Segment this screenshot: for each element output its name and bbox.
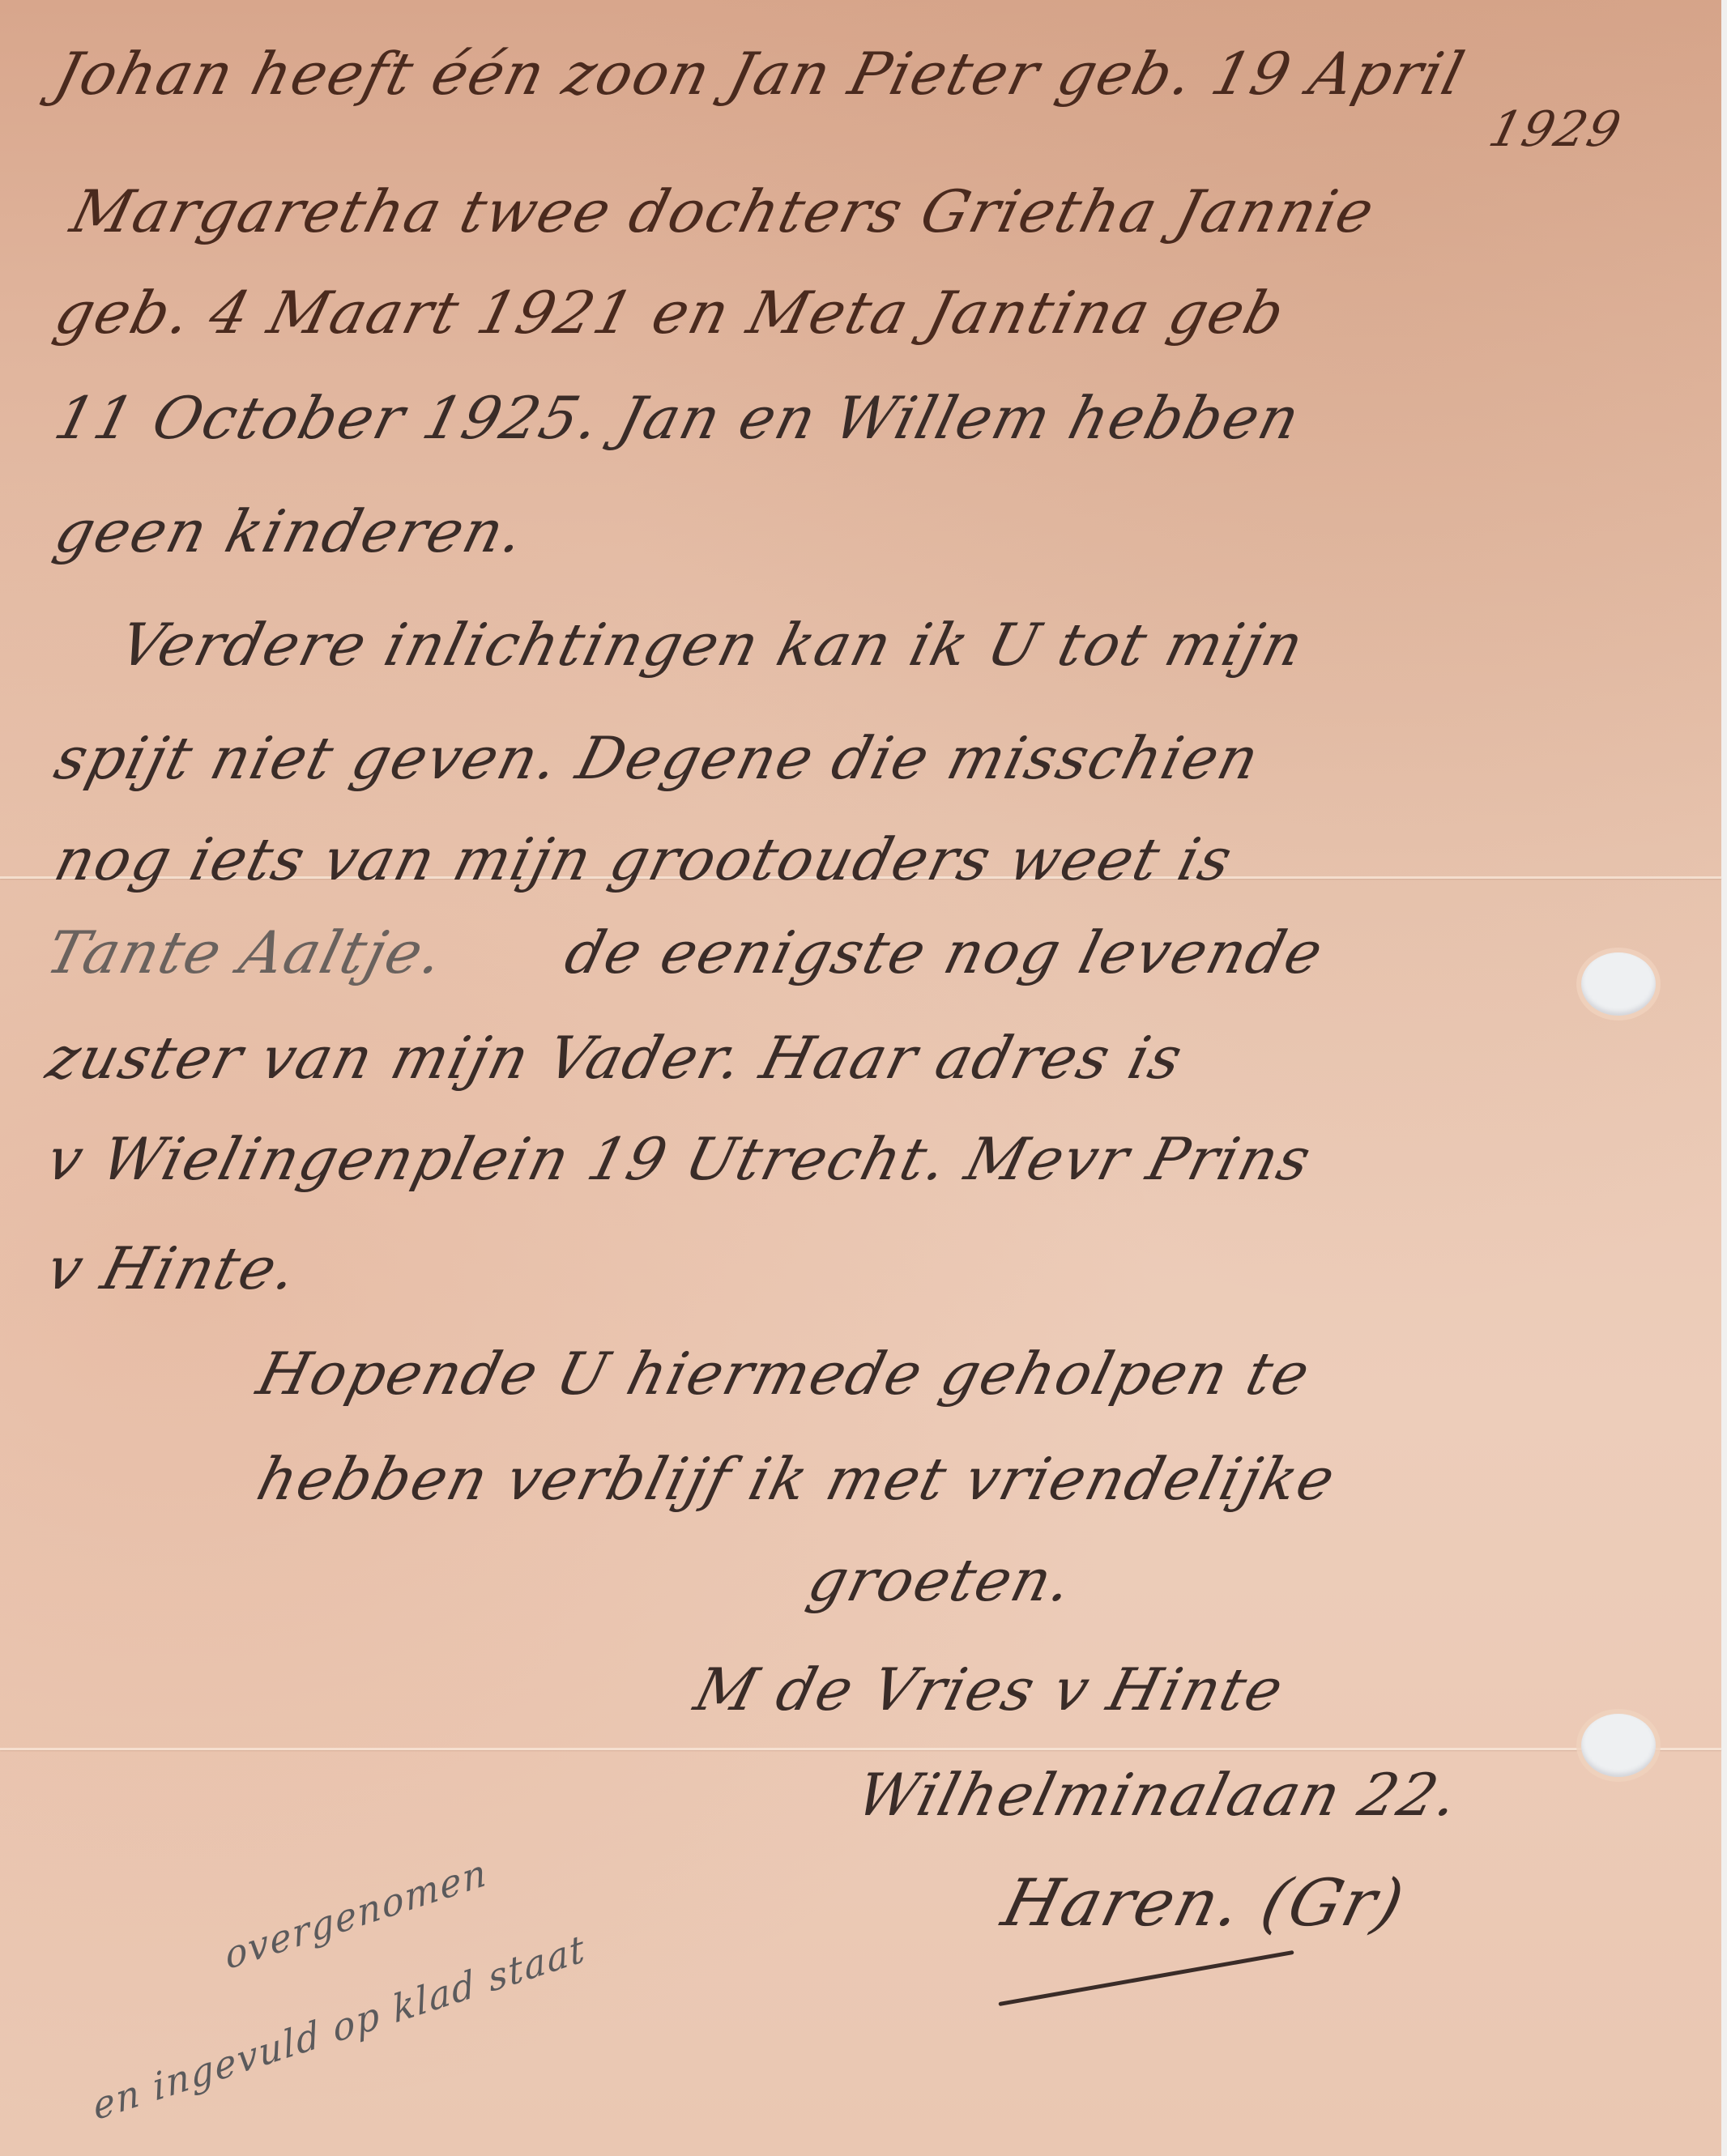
letter-line: Verdere inlichtingen kan ik U tot mijn [114, 616, 1310, 674]
letter-line-year: 1929 [1485, 105, 1627, 154]
signature-name: M de Vries v Hinte [689, 1660, 1290, 1719]
scan-edge [1721, 0, 1727, 2156]
letter-line-faded: Tante Aaltje. [41, 923, 450, 982]
letter-line: zuster van mijn Vader. Haar adres is [41, 1029, 1189, 1087]
paper-fold-crease [0, 1748, 1721, 1750]
letter-line: Johan heeft één zoon Jan Pieter geb. 19 … [49, 45, 1471, 103]
signature-street: Wilhelminalaan 22. [851, 1766, 1465, 1824]
punch-hole [1581, 952, 1656, 1016]
letter-line: v Hinte. [41, 1239, 304, 1297]
letter-line: Margaretha twee dochters Grietha Jannie [66, 182, 1381, 241]
letter-line: Hopende U hiermede geholpen te [252, 1344, 1316, 1403]
punch-hole [1581, 1714, 1656, 1777]
letter-line: groeten. [803, 1551, 1079, 1609]
letter-line: v Wielingenplein 19 Utrecht. Mevr Prins [41, 1130, 1317, 1188]
letter-line: geen kinderen. [49, 502, 531, 560]
letter-line: 11 October 1925. Jan en Willem hebben [49, 389, 1307, 447]
letter-line: hebben verblijf ik met vriendelijke [252, 1450, 1341, 1508]
signature-city: Haren. (Gr) [996, 1871, 1411, 1936]
letter-line: spijt niet geven. Degene die misschien [49, 729, 1266, 787]
letter-line: nog iets van mijn grootouders weet is [49, 830, 1239, 888]
letter-line: de eenigste nog levende [560, 923, 1329, 982]
letter-line: geb. 4 Maart 1921 en Meta Jantina geb [49, 283, 1291, 342]
